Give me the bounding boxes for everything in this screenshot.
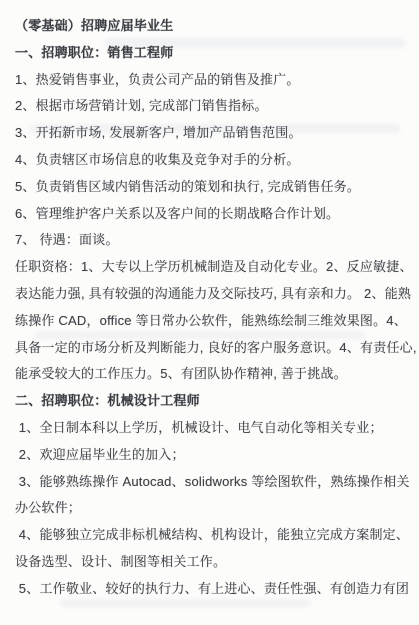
text-line: 2、根据市场营销计划, 完成部门销售指标。 <box>15 93 413 120</box>
text-line: 练操作 CAD，office 等日常办公软件，能熟练绘制三维效果图。4、 <box>15 308 413 335</box>
text-line: 7、 待遇：面谈。 <box>15 227 413 254</box>
text-line: 能承受较大的工作压力。5、有团队协作精神, 善于挑战。 <box>15 361 413 388</box>
text-line: 1、热爱销售事业，负责公司产品的销售及推广。 <box>15 67 413 94</box>
text-line: 1、全日制本科以上学历，机械设计、电气自动化等相关专业； <box>15 415 413 442</box>
text-line: 5、工作敬业、较好的执行力、有上进心、责任性强、有创造力有团 <box>15 576 413 603</box>
text-line: 4、负责辖区市场信息的收集及竞争对手的分析。 <box>15 147 413 174</box>
text-line: 表达能力强, 具有较强的沟通能力及交际技巧, 具有亲和力。 2、能熟 <box>15 281 413 308</box>
heading-line: （零基础）招聘应届毕业生 <box>15 13 413 40</box>
text-line: 4、能够独立完成非标机械结构、机构设计，能独立完成方案制定、 <box>15 522 413 549</box>
text-line: 具备一定的市场分析及判断能力, 良好的客户服务意识。4、有责任心, <box>15 335 413 362</box>
heading-line: 一、招聘职位：销售工程师 <box>15 40 413 67</box>
document-page: （零基础）招聘应届毕业生一、招聘职位：销售工程师1、热爱销售事业，负责公司产品的… <box>0 0 419 625</box>
text-line: 办公软件； <box>15 495 413 522</box>
text-line: 3、能够熟练操作 Autocad、solidworks 等绘图软件，熟练操作相关 <box>15 469 413 496</box>
text-line: 5、负责销售区域内销售活动的策划和执行, 完成销售任务。 <box>15 174 413 201</box>
text-line: 6、管理维护客户关系以及客户间的长期战略合作计划。 <box>15 201 413 228</box>
heading-line: 二、招聘职位：机械设计工程师 <box>15 388 413 415</box>
text-line: 任职资格：1、大专以上学历机械制造及自动化专业。2、反应敏捷、 <box>15 254 413 281</box>
text-line: 3、开拓新市场, 发展新客户, 增加产品销售范围。 <box>15 120 413 147</box>
document-body: （零基础）招聘应届毕业生一、招聘职位：销售工程师1、热爱销售事业，负责公司产品的… <box>15 13 413 603</box>
text-line: 2、欢迎应届毕业生的加入； <box>15 442 413 469</box>
text-line: 设备选型、设计、制图等相关工作。 <box>15 549 413 576</box>
